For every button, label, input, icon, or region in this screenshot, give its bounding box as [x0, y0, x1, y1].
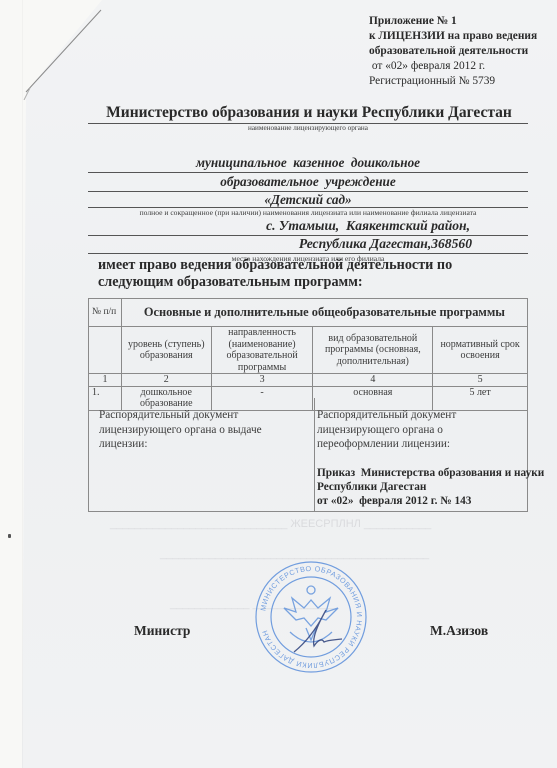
right-statement: имеет право ведения образовательной деят…: [98, 257, 528, 291]
table-header-row: № п/п Основные и дополнительные общеобра…: [89, 299, 528, 327]
licensee-name-line-3: «Детский сад»: [88, 192, 528, 208]
issuer-caption: наименование лицензирующего органа: [88, 124, 528, 132]
svg-text:МИНИСТЕРСТВО ОБРАЗОВАНИЯ И НАУ: МИНИСТЕРСТВО ОБРАЗОВАНИЯ И НАУКИ РЕСПУБЛ…: [258, 564, 364, 670]
bleed-through-text: _____________________________ ЖЕЕСРПЛНЛ …: [110, 518, 431, 530]
appendix-header: Приложение № 1 к ЛИЦЕНЗИИ на право веден…: [369, 14, 537, 89]
licensee-rule-1: [88, 172, 528, 173]
address-line-2: Республика Дагестан,368560: [88, 236, 528, 252]
col-header-level: уровень (ступень) образования: [121, 327, 211, 374]
col-header-direction: направленность (наименование) образовате…: [211, 327, 313, 374]
col-number: 4: [313, 374, 433, 387]
order-line-3: от «02» февраля 2012 г. № 143: [317, 494, 527, 508]
documents-divider: [314, 398, 315, 511]
programs-table: № п/п Основные и дополнительные общеобра…: [88, 298, 528, 411]
appendix-line-2: к ЛИЦЕНЗИИ на право ведения: [369, 29, 537, 44]
col-number: 5: [433, 374, 528, 387]
signatory-name: М.Азизов: [430, 623, 488, 639]
reissue-document: Распорядительный документ лицензирующего…: [317, 408, 527, 508]
appendix-date: от «02» февраля 2012 г.: [369, 59, 537, 74]
licensee-name-line-1: муниципальное казенное дошкольное: [88, 155, 528, 171]
col-number: 3: [211, 374, 313, 387]
signatory-title: Министр: [134, 623, 190, 639]
reissue-order: Приказ Министерства образования и науки …: [317, 466, 527, 508]
appendix-line-3: образовательной деятельности: [369, 44, 537, 59]
fold-shadow: [22, 0, 23, 768]
column-header-row: уровень (ступень) образования направленн…: [89, 327, 528, 374]
registration-number: Регистрационный № 5739: [369, 74, 537, 89]
col-number: 2: [121, 374, 211, 387]
paper-speck: [8, 534, 11, 538]
licensee-name-caption: полное и сокращенное (при наличии) наиме…: [88, 208, 528, 217]
bleed-through-text: ________________________________________…: [160, 548, 429, 560]
main-header: Основные и дополнительные общеобразовате…: [121, 299, 527, 327]
licensee-name-line-2: образовательное учреждение: [88, 174, 528, 190]
issuer-name: Министерство образования и науки Республ…: [90, 104, 528, 122]
address-line-1: с. Утамыш, Каякентский район,: [88, 218, 528, 234]
num-header: № п/п: [89, 299, 122, 327]
documents-box: Распорядительный документ лицензирующего…: [88, 398, 528, 512]
col-header-term: нормативный срок освоения: [433, 327, 528, 374]
appendix-line-1: Приложение № 1: [369, 14, 537, 29]
column-number-row: 1 2 3 4 5: [89, 374, 528, 387]
fold-edge-line: [0, 0, 110, 100]
issue-document-label: Распорядительный документ лицензирующего…: [99, 408, 304, 452]
col-number: 1: [89, 374, 122, 387]
official-seal-icon: МИНИСТЕРСТВО ОБРАЗОВАНИЯ И НАУКИ РЕСПУБЛ…: [254, 560, 368, 674]
order-line-2: Республики Дагестан: [317, 480, 527, 494]
col-header-type: вид образовательной программы (основная,…: [313, 327, 433, 374]
reissue-document-label: Распорядительный документ лицензирующего…: [317, 408, 527, 452]
order-line-1: Приказ Министерства образования и науки: [317, 466, 527, 480]
empty-header-cell: [89, 327, 122, 374]
